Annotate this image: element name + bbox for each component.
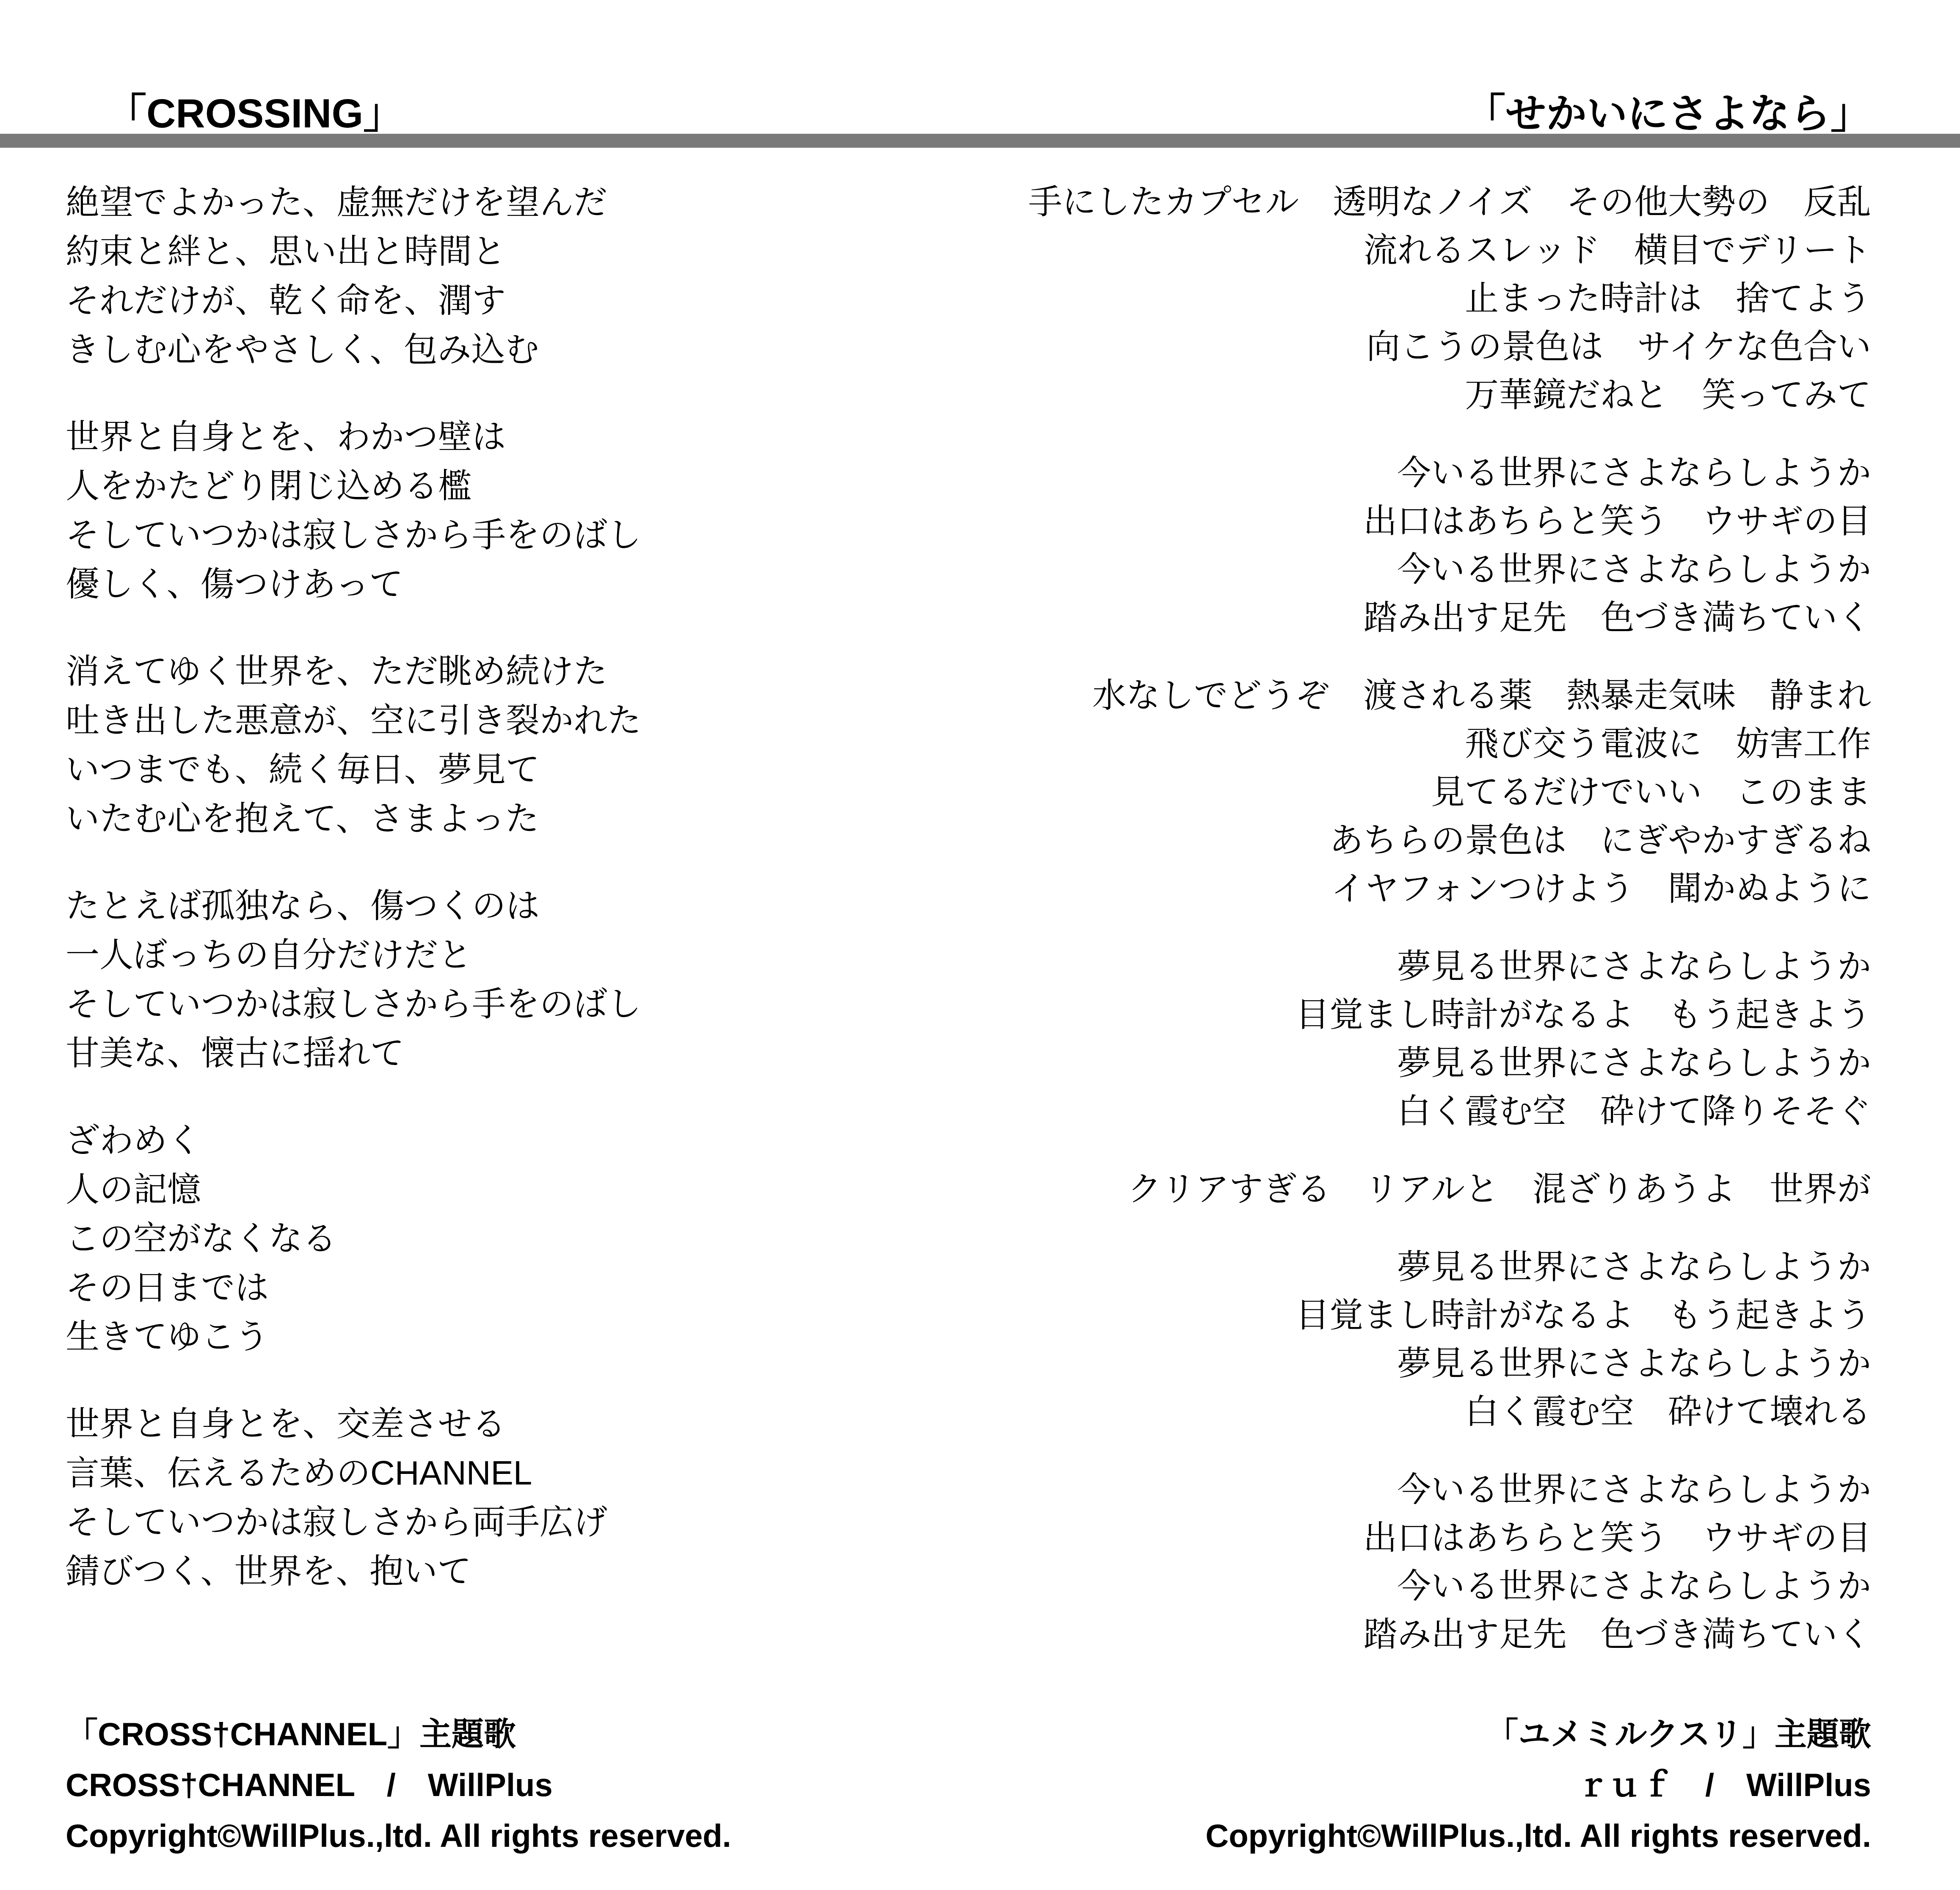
- lyric-line: 人の記憶: [66, 1165, 954, 1214]
- left-theme-song-label: 「CROSS†CHANNEL」主題歌: [66, 1709, 731, 1760]
- lyric-line: 生きてゆこう: [66, 1312, 954, 1361]
- lyric-line: そしていつかは寂しさから手をのばし: [66, 979, 954, 1029]
- lyric-line: 万華鏡だねと 笑ってみて: [834, 371, 1871, 419]
- lyric-line: 飛び交う電波に 妨害工作: [834, 720, 1871, 768]
- lyric-line: 一人ぼっちの自分だけだと: [66, 930, 954, 979]
- lyric-line: いたむ心を抱えて、さまよった: [66, 794, 954, 843]
- stanza: クリアすぎる リアルと 混ざりあうよ 世界が: [834, 1165, 1871, 1213]
- stanza: 夢見る世界にさよならしようか目覚まし時計がなるよ もう起きよう夢見る世界にさよな…: [834, 1243, 1871, 1436]
- divider-bar: [0, 134, 1960, 148]
- left-song-lyrics: 絶望でよかった、虚無だけを望んだ約束と絆と、思い出と時間とそれだけが、乾く命を、…: [66, 178, 954, 1634]
- lyric-line: その日までは: [66, 1263, 954, 1312]
- lyric-line: 甘美な、懐古に揺れて: [66, 1029, 954, 1078]
- lyric-line: 出口はあちらと笑う ウサギの目: [834, 1514, 1871, 1562]
- lyric-line: 今いる世界にさよならしようか: [834, 449, 1871, 497]
- left-copyright-line: Copyright©WillPlus.,ltd. All rights rese…: [66, 1811, 731, 1862]
- lyric-line: 世界と自身とを、交差させる: [66, 1399, 954, 1449]
- stanza: 手にしたカプセル 透明なノイズ その他大勢の 反乱流れるスレッド 横目でデリート…: [834, 178, 1871, 419]
- lyric-line: 世界と自身とを、わかつ壁は: [66, 412, 954, 461]
- lyric-line: 目覚まし時計がなるよ もう起きよう: [834, 1291, 1871, 1339]
- left-song-credits: 「CROSS†CHANNEL」主題歌 CROSS†CHANNEL / WillP…: [66, 1709, 731, 1862]
- lyric-line: 優しく、傷つけあって: [66, 560, 954, 609]
- lyric-line: 今いる世界にさよならしようか: [834, 545, 1871, 593]
- lyric-line: それだけが、乾く命を、潤す: [66, 276, 954, 325]
- lyric-line: ざわめく: [66, 1116, 954, 1165]
- stanza: たとえば孤独なら、傷つくのは一人ぼっちの自分だけだとそしていつかは寂しさから手を…: [66, 881, 954, 1078]
- lyric-line: 錆びつく、世界を、抱いて: [66, 1547, 954, 1596]
- stanza: 水なしでどうぞ 渡される薬 熱暴走気味 静まれ飛び交う電波に 妨害工作見てるだけ…: [834, 671, 1871, 913]
- lyric-line: 踏み出す足先 色づき満ちていく: [834, 1610, 1871, 1658]
- lyric-line: イヤフォンつけよう 聞かぬように: [834, 864, 1871, 913]
- stanza: 世界と自身とを、わかつ壁は人をかたどり閉じ込める檻そしていつかは寂しさから手をの…: [66, 412, 954, 609]
- stanza: 今いる世界にさよならしようか出口はあちらと笑う ウサギの目今いる世界にさよならし…: [834, 449, 1871, 642]
- left-artist-line: CROSS†CHANNEL / WillPlus: [66, 1760, 731, 1811]
- lyric-line: 絶望でよかった、虚無だけを望んだ: [66, 178, 954, 227]
- stanza: 絶望でよかった、虚無だけを望んだ約束と絆と、思い出と時間とそれだけが、乾く命を、…: [66, 178, 954, 374]
- lyric-line: 出口はあちらと笑う ウサギの目: [834, 497, 1871, 545]
- lyric-line: 流れるスレッド 横目でデリート: [834, 226, 1871, 274]
- lyric-line: 止まった時計は 捨てよう: [834, 274, 1871, 323]
- lyric-line: あちらの景色は にぎやかすぎるね: [834, 816, 1871, 864]
- lyric-line: 夢見る世界にさよならしようか: [834, 942, 1871, 991]
- lyric-line: そしていつかは寂しさから両手広げ: [66, 1498, 954, 1547]
- lyric-line: 吐き出した悪意が、空に引き裂かれた: [66, 696, 954, 745]
- lyric-line: 手にしたカプセル 透明なノイズ その他大勢の 反乱: [834, 178, 1871, 226]
- stanza: ざわめく人の記憶この空がなくなるその日までは生きてゆこう: [66, 1116, 954, 1361]
- lyric-line: 目覚まし時計がなるよ もう起きよう: [834, 991, 1871, 1039]
- lyric-line: 人をかたどり閉じ込める檻: [66, 461, 954, 510]
- lyric-line: 今いる世界にさよならしようか: [834, 1465, 1871, 1514]
- lyric-line: クリアすぎる リアルと 混ざりあうよ 世界が: [834, 1165, 1871, 1213]
- lyric-line: 水なしでどうぞ 渡される薬 熱暴走気味 静まれ: [834, 671, 1871, 720]
- lyric-line: 言葉、伝えるためのCHANNEL: [66, 1449, 954, 1498]
- lyric-line: そしていつかは寂しさから手をのばし: [66, 510, 954, 560]
- lyric-line: 夢見る世界にさよならしようか: [834, 1339, 1871, 1388]
- right-artist-line: ｒｕｆ / WillPlus: [1205, 1760, 1871, 1811]
- lyric-line: たとえば孤独なら、傷つくのは: [66, 881, 954, 930]
- lyric-line: この空がなくなる: [66, 1214, 954, 1263]
- lyric-line: 夢見る世界にさよならしようか: [834, 1039, 1871, 1087]
- lyric-line: 白く霞む空 砕けて降りそそぐ: [834, 1087, 1871, 1135]
- lyric-line: 向こうの景色は サイケな色合い: [834, 323, 1871, 371]
- stanza: 今いる世界にさよならしようか出口はあちらと笑う ウサギの目今いる世界にさよならし…: [834, 1465, 1871, 1658]
- lyric-line: きしむ心をやさしく、包み込む: [66, 325, 954, 374]
- stanza: 世界と自身とを、交差させる言葉、伝えるためのCHANNELそしていつかは寂しさか…: [66, 1399, 954, 1596]
- left-song-title: 「CROSSING」: [106, 81, 404, 139]
- lyric-line: 夢見る世界にさよならしようか: [834, 1243, 1871, 1291]
- lyric-line: 今いる世界にさよならしようか: [834, 1562, 1871, 1610]
- lyric-line: いつまでも、続く毎日、夢見て: [66, 745, 954, 794]
- right-song-lyrics: 手にしたカプセル 透明なノイズ その他大勢の 反乱流れるスレッド 横目でデリート…: [834, 178, 1871, 1688]
- lyric-line: 見てるだけでいい このまま: [834, 768, 1871, 816]
- stanza: 夢見る世界にさよならしようか目覚まし時計がなるよ もう起きよう夢見る世界にさよな…: [834, 942, 1871, 1135]
- lyric-line: 約束と絆と、思い出と時間と: [66, 227, 954, 276]
- right-theme-song-label: 「ユメミルクスリ」主題歌: [1205, 1709, 1871, 1760]
- lyric-line: 消えてゆく世界を、ただ眺め続けた: [66, 647, 954, 696]
- right-song-title: 「せかいにさよなら」: [1465, 81, 1871, 139]
- right-copyright-line: Copyright©WillPlus.,ltd. All rights rese…: [1205, 1811, 1871, 1862]
- stanza: 消えてゆく世界を、ただ眺め続けた吐き出した悪意が、空に引き裂かれたいつまでも、続…: [66, 647, 954, 843]
- lyric-line: 踏み出す足先 色づき満ちていく: [834, 593, 1871, 642]
- right-song-credits: 「ユメミルクスリ」主題歌 ｒｕｆ / WillPlus Copyright©Wi…: [1205, 1709, 1871, 1862]
- lyric-line: 白く霞む空 砕けて壊れる: [834, 1388, 1871, 1436]
